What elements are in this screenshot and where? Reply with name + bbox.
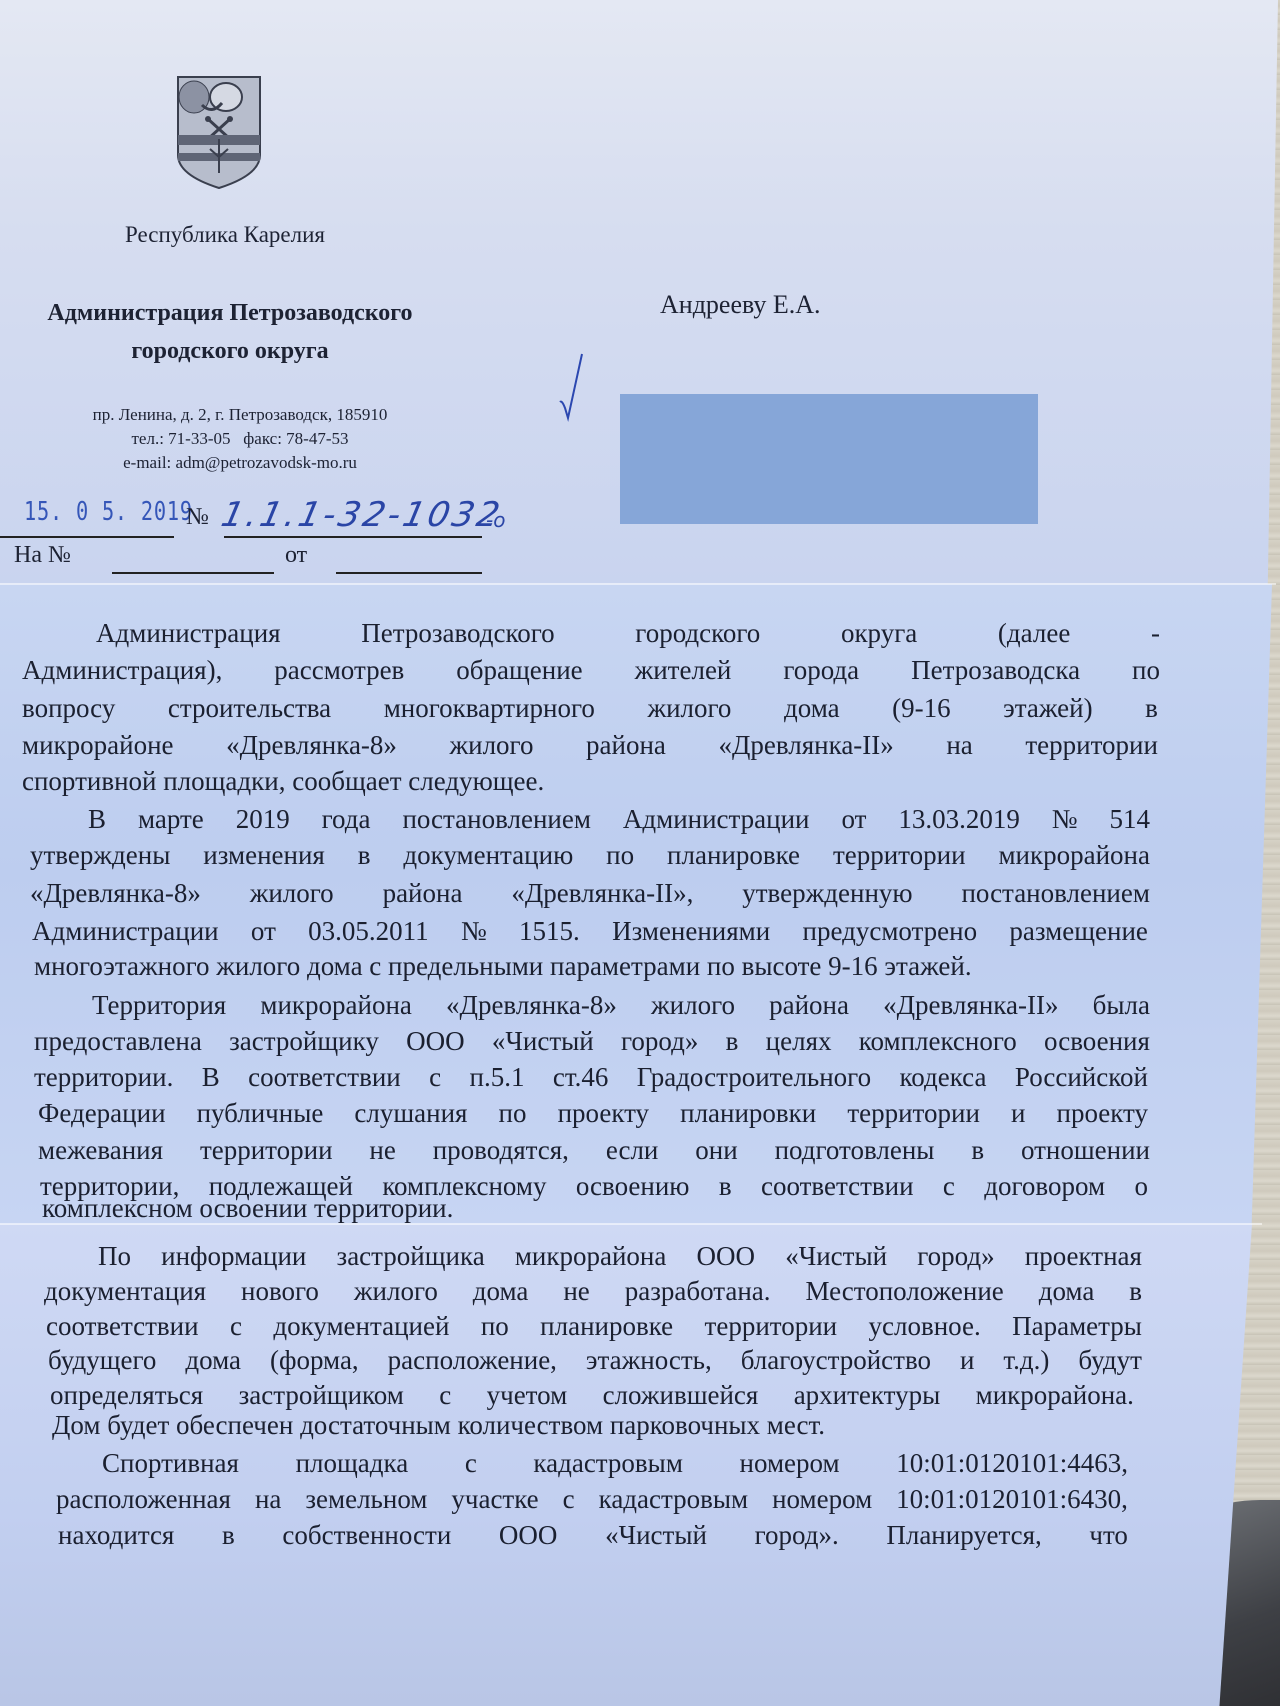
body-text-line: спортивной площадки, сообщает следующее. <box>22 766 544 797</box>
body-word: с <box>439 1380 451 1411</box>
body-word: разработана. <box>625 1276 771 1307</box>
body-text-line: утвержденыизменениявдокументациюпопланир… <box>30 840 1150 871</box>
body-word: территории <box>833 840 966 871</box>
body-word: в <box>222 1520 235 1551</box>
body-word: и <box>960 1345 974 1376</box>
date-underline <box>0 536 174 538</box>
body-text-line: определятьсязастройщикомсучетомсложившей… <box>50 1380 1134 1411</box>
number-label: № <box>186 504 209 531</box>
body-text-line: многоэтажного жилого дома с предельными … <box>34 951 972 982</box>
body-word: в <box>358 840 371 871</box>
body-word: находится <box>58 1520 174 1551</box>
body-text-line: будущегодома(форма,расположение,этажност… <box>48 1345 1142 1376</box>
body-text-line: «Древлянка-8»жилогорайона«Древлянка-II»,… <box>30 878 1150 909</box>
body-word: о <box>1134 1171 1148 1202</box>
body-word: дома <box>473 1276 529 1307</box>
body-word: комплексного <box>859 1026 1017 1057</box>
body-word: документацию <box>403 840 573 871</box>
body-word: многоквартирного <box>384 693 595 724</box>
body-word: района <box>586 730 666 761</box>
body-word: по <box>499 1098 527 1129</box>
body-word: Градостроительного <box>637 1062 871 1093</box>
body-word: подготовлены <box>775 1135 935 1166</box>
registration-number: 1.1.1-32-1032 <box>218 495 506 535</box>
body-text-line: Спортивнаяплощадкаскадастровымномером10:… <box>102 1448 1128 1479</box>
body-word: номером <box>740 1448 840 1479</box>
reply-to-number-line <box>112 572 274 574</box>
body-word: соответствии <box>46 1311 199 1342</box>
body-word: документацией <box>273 1311 449 1342</box>
body-word: не <box>369 1135 395 1166</box>
body-word: город» <box>917 1241 994 1272</box>
body-word: т.д.) <box>1003 1345 1049 1376</box>
body-word: сложившейся <box>603 1380 759 1411</box>
body-word: учетом <box>487 1380 568 1411</box>
organization-title-line1: Администрация Петрозаводского <box>0 294 480 332</box>
reply-to-label: На № <box>14 542 71 569</box>
body-word: жилого <box>647 693 731 724</box>
body-word: с <box>563 1484 575 1515</box>
body-word: микрорайоне <box>22 730 174 761</box>
body-word: территории. <box>34 1062 173 1093</box>
body-word: города <box>783 655 859 686</box>
body-text-line: предоставленазастройщикуООО«Чистыйгород»… <box>34 1026 1150 1057</box>
body-word: проекту <box>1057 1098 1148 1129</box>
organization-address: пр. Ленина, д. 2, г. Петрозаводск, 18591… <box>20 403 460 427</box>
body-word: «Древлянка-II» <box>883 990 1058 1021</box>
body-word: Федерации <box>38 1098 166 1129</box>
body-word: рассмотрев <box>274 655 404 686</box>
body-word: 13.03.2019 <box>898 804 1020 835</box>
body-word: Администрация), <box>22 655 222 686</box>
body-word: Местоположение <box>805 1276 1003 1307</box>
body-word: территории <box>200 1135 333 1166</box>
body-word: договором <box>984 1171 1105 1202</box>
body-word: дома <box>784 693 840 724</box>
body-word: дома <box>185 1345 241 1376</box>
body-word: с <box>465 1448 477 1479</box>
body-word: (9-16 <box>892 693 950 724</box>
body-word: № <box>1052 804 1078 835</box>
body-word: на <box>255 1484 281 1515</box>
body-text-line: Администрацииот03.05.2011№1515.Изменения… <box>32 916 1148 947</box>
body-text-line: территории.Всоответствиисп.5.1ст.46Градо… <box>34 1062 1148 1093</box>
body-word: микрорайона <box>260 990 412 1021</box>
body-word: была <box>1093 990 1150 1021</box>
body-word: в <box>726 1026 739 1057</box>
body-word: кодекса <box>900 1062 987 1093</box>
body-word: соответствии <box>248 1062 401 1093</box>
paper-fold-line <box>0 583 1276 585</box>
body-word: ООО <box>499 1520 558 1551</box>
organization-email: e-mail: adm@petrozavodsk-mo.ru <box>20 451 460 475</box>
body-text-line: микрорайоне«Древлянка-8»жилогорайона«Дре… <box>22 730 1158 761</box>
body-word: отношении <box>1021 1135 1150 1166</box>
body-word: с <box>230 1311 242 1342</box>
body-word: размещение <box>1009 916 1148 947</box>
body-word: микрорайона <box>515 1241 667 1272</box>
body-word: документация <box>44 1276 206 1307</box>
body-text-line: Территориямикрорайона«Древлянка-8»жилого… <box>92 990 1150 1021</box>
body-word: расположенная <box>56 1484 231 1515</box>
body-word: расположение, <box>388 1345 557 1376</box>
body-word: освоения <box>1044 1026 1150 1057</box>
body-word: года <box>322 804 371 835</box>
body-word: по <box>606 840 634 871</box>
body-word: и <box>1011 1098 1025 1129</box>
body-word: с <box>943 1171 955 1202</box>
body-word: В <box>88 804 106 835</box>
body-word: Администрация <box>96 618 281 649</box>
date-stamp: 15. 0 5. 2019 <box>24 497 193 527</box>
body-word: «Древлянка-8» <box>30 878 201 909</box>
registration-number-suffix: -о <box>486 508 505 532</box>
body-text-line: Администрация),рассмотревобращениежителе… <box>22 655 1160 686</box>
body-word: округа <box>841 618 917 649</box>
body-word: по <box>1132 655 1160 686</box>
body-word: застройщиком <box>239 1380 404 1411</box>
body-word: 10:01:0120101:4463, <box>896 1448 1128 1479</box>
body-word: территории <box>847 1098 980 1129</box>
body-word: городского <box>635 618 760 649</box>
body-text-line: соответствиисдокументациейпопланировкете… <box>46 1311 1142 1342</box>
body-word: постановлением <box>402 804 591 835</box>
body-word: освоению <box>576 1171 690 1202</box>
from-date-line <box>336 572 482 574</box>
body-text-line: Федерациипубличныеслушанияпопроектуплани… <box>38 1098 1148 1129</box>
body-word: если <box>606 1135 659 1166</box>
body-word: комплексном освоении территории. <box>42 1193 453 1224</box>
body-word: (далее <box>998 618 1070 649</box>
body-word: Администрации <box>623 804 810 835</box>
body-word: спортивной площадки, сообщает следующее. <box>22 766 544 797</box>
body-word: этажность, <box>586 1345 712 1376</box>
body-text-line: межеваниятерриториинепроводятся,еслионип… <box>38 1135 1150 1166</box>
body-word: территории <box>1025 730 1158 761</box>
body-word: в <box>1129 1276 1142 1307</box>
body-word: «Чистый <box>605 1520 707 1551</box>
body-word: предоставлена <box>34 1026 202 1057</box>
body-word: собственности <box>282 1520 451 1551</box>
body-word: кадастровым <box>533 1448 683 1479</box>
body-text-line: комплексном освоении территории. <box>42 1193 453 1224</box>
body-word: 514 <box>1109 804 1150 835</box>
body-word: условное. <box>869 1311 981 1342</box>
body-text-line: вопросустроительствамногоквартирногожило… <box>22 693 1158 724</box>
body-word: соответствии <box>761 1171 914 1202</box>
body-word: благоустройство <box>741 1345 931 1376</box>
body-word: Спортивная <box>102 1448 239 1479</box>
body-text-line: находитсявсобственностиООО«Чистыйгород».… <box>58 1520 1128 1551</box>
body-word: от <box>841 804 866 835</box>
body-word: застройщика <box>337 1241 485 1272</box>
body-text-line: Дом будет обеспечен достаточным количест… <box>52 1410 825 1441</box>
body-word: «Древлянка-8» <box>446 990 617 1021</box>
handwritten-checkmark-icon <box>556 352 590 422</box>
body-word: утвержденную <box>742 878 912 909</box>
redacted-recipient-address <box>620 394 1038 524</box>
body-word: изменения <box>203 840 325 871</box>
body-word: По <box>98 1241 131 1272</box>
body-word: Петрозаводска <box>911 655 1080 686</box>
body-word: нового <box>241 1276 319 1307</box>
body-word: публичные <box>197 1098 324 1129</box>
body-word: проектная <box>1025 1241 1142 1272</box>
body-text-line: Вмарте2019годапостановлениемАдминистраци… <box>88 804 1150 835</box>
recipient-name: Андрееву Е.А. <box>660 290 821 320</box>
body-word: застройщику <box>229 1026 379 1057</box>
body-word: п.5.1 <box>470 1062 525 1093</box>
body-word: «Древлянка-II», <box>511 878 693 909</box>
organization-contacts: пр. Ленина, д. 2, г. Петрозаводск, 18591… <box>20 403 460 475</box>
body-word: строительства <box>168 693 331 724</box>
organization-phones: тел.: 71-33-05 факс: 78-47-53 <box>20 427 460 451</box>
body-text-line: расположеннаяназемельномучасткескадастро… <box>56 1484 1128 1515</box>
body-word: «Древлянка-8» <box>226 730 397 761</box>
coat-of-arms-icon <box>176 75 262 190</box>
body-word: жилого <box>354 1276 438 1307</box>
body-word: микрорайона <box>998 840 1150 871</box>
body-word: марте <box>138 804 204 835</box>
body-word: слушания <box>354 1098 467 1129</box>
body-word: утверждены <box>30 840 170 871</box>
body-word: Изменениями <box>612 916 770 947</box>
body-word: от <box>251 916 276 947</box>
republic-name: Республика Карелия <box>60 222 390 248</box>
body-word: ст.46 <box>553 1062 609 1093</box>
body-word: ООО <box>697 1241 756 1272</box>
body-word: город». <box>755 1520 839 1551</box>
body-word: в <box>1145 693 1158 724</box>
body-word: 03.05.2011 <box>308 916 429 947</box>
body-word: Петрозаводского <box>361 618 554 649</box>
body-word: они <box>695 1135 737 1166</box>
body-word: 10:01:0120101:6430, <box>896 1484 1128 1515</box>
body-word: земельном <box>305 1484 427 1515</box>
body-text-line: АдминистрацияПетрозаводскогогородскогоок… <box>96 618 1160 649</box>
body-word: в <box>719 1171 732 1202</box>
body-word: обращение <box>456 655 582 686</box>
body-word: проводятся, <box>433 1135 569 1166</box>
body-word: (форма, <box>270 1345 359 1376</box>
body-word: Дом будет обеспечен достаточным количест… <box>52 1410 825 1441</box>
body-word: В <box>202 1062 220 1093</box>
body-word: проекту <box>558 1098 649 1129</box>
body-word: с <box>429 1062 441 1093</box>
body-word: - <box>1151 618 1160 649</box>
body-word: района <box>769 990 849 1021</box>
body-word: «Чистый <box>785 1241 887 1272</box>
body-word: вопросу <box>22 693 115 724</box>
body-word: предусмотрено <box>803 916 978 947</box>
organization-title: Администрация Петрозаводского городского… <box>0 294 480 370</box>
body-word: информации <box>161 1241 306 1272</box>
body-word: жилого <box>449 730 533 761</box>
body-word: № <box>461 916 487 947</box>
number-underline <box>224 536 482 538</box>
body-word: микрорайона. <box>976 1380 1134 1411</box>
body-word: планировке <box>667 840 800 871</box>
body-word: на <box>946 730 972 761</box>
body-word: город» <box>621 1026 698 1057</box>
body-word: «Древлянка-II» <box>718 730 893 761</box>
body-word: межевания <box>38 1135 163 1166</box>
body-word: района <box>383 878 463 909</box>
body-word: планировки <box>680 1098 816 1129</box>
body-word: кадастровым <box>599 1484 749 1515</box>
body-word: постановлением <box>961 878 1150 909</box>
body-word: участке <box>451 1484 538 1515</box>
body-word: «Чистый <box>492 1026 594 1057</box>
body-word: будущего <box>48 1345 156 1376</box>
body-word: площадка <box>296 1448 409 1479</box>
body-word: ООО <box>406 1026 465 1057</box>
body-word: Параметры <box>1012 1311 1142 1342</box>
body-word: по <box>481 1311 509 1342</box>
body-word: территории <box>705 1311 838 1342</box>
body-word: 2019 <box>236 804 290 835</box>
body-word: Планируется, <box>886 1520 1041 1551</box>
from-date-label: от <box>285 542 307 569</box>
body-word: этажей) <box>1003 693 1092 724</box>
body-word: жилого <box>651 990 735 1021</box>
body-word: многоэтажного жилого дома с предельными … <box>34 951 972 982</box>
body-word: определяться <box>50 1380 203 1411</box>
organization-title-line2: городского округа <box>0 332 480 370</box>
body-word: дома <box>1039 1276 1095 1307</box>
body-word: 1515. <box>519 916 580 947</box>
body-word: жителей <box>635 655 732 686</box>
body-word: в <box>971 1135 984 1166</box>
body-word: архитектуры <box>794 1380 941 1411</box>
body-word: что <box>1089 1520 1128 1551</box>
body-word: номером <box>772 1484 872 1515</box>
body-word: целях <box>766 1026 832 1057</box>
body-word: не <box>563 1276 589 1307</box>
body-word: будут <box>1078 1345 1142 1376</box>
body-text-line: документацияновогожилогодоманеразработан… <box>44 1276 1142 1307</box>
body-word: Российской <box>1015 1062 1148 1093</box>
body-word: планировке <box>540 1311 673 1342</box>
body-text-line: ПоинформациизастройщикамикрорайонаООО«Чи… <box>98 1241 1142 1272</box>
body-word: жилого <box>250 878 334 909</box>
body-word: Администрации <box>32 916 219 947</box>
body-word: Территория <box>92 990 226 1021</box>
